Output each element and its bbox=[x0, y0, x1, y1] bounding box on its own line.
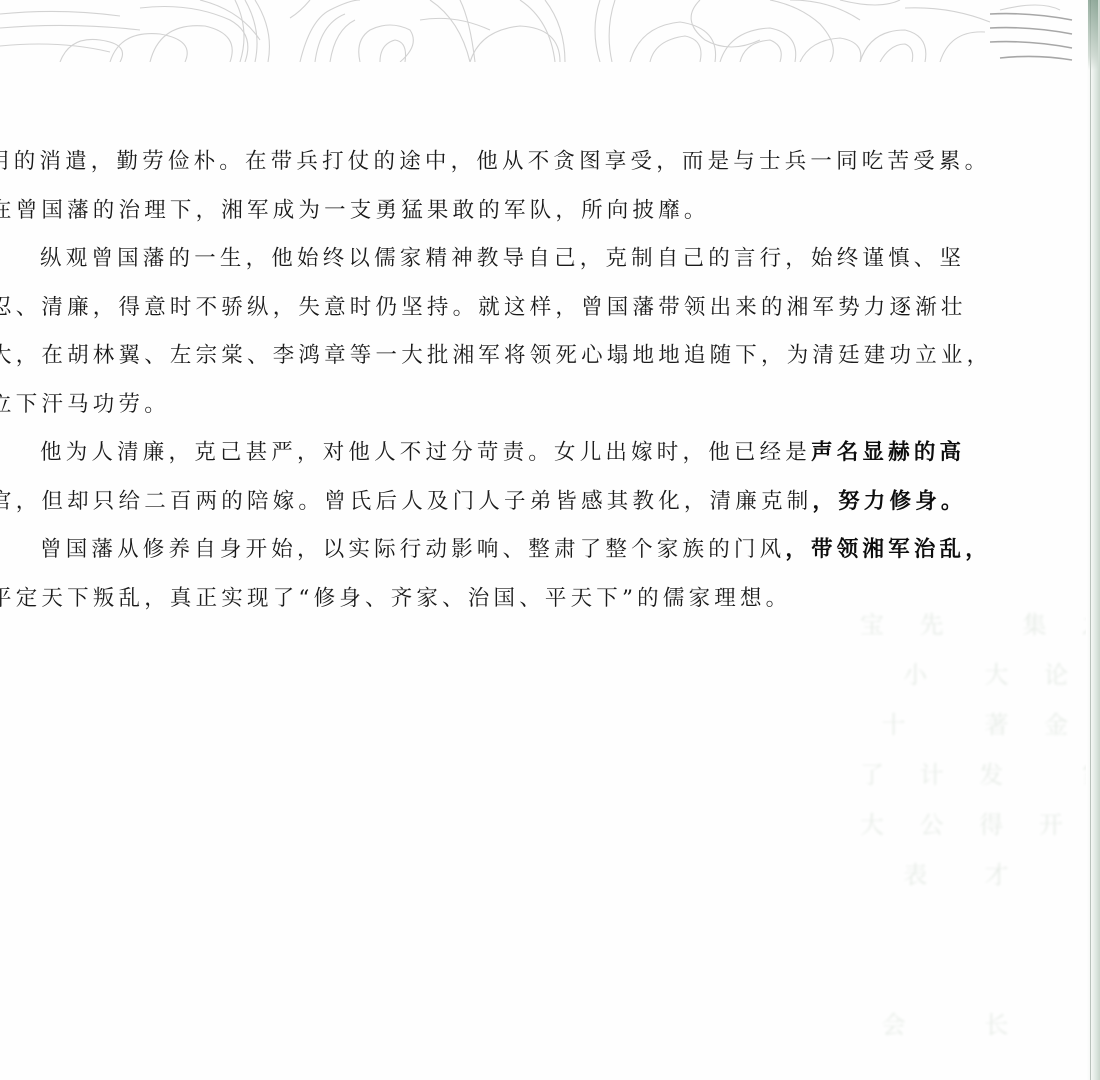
cloud-ornament-icon bbox=[0, 0, 1090, 62]
text-line: 曾国藩从修养自身开始，以实际行动影响、整肃了整个家族的门风，带领湘军治乱， bbox=[0, 526, 1090, 575]
page-edge-shadow bbox=[1086, 0, 1100, 1080]
text-line: 用的消遣，勤劳俭朴。在带兵打仗的途中，他从不贪图享受，而是与士兵一同吃苦受累。 bbox=[0, 138, 1090, 187]
text-line: 纵观曾国藩的一生，他始终以儒家精神教导自己，克制自己的言行，始终谨慎、坚 bbox=[0, 235, 1090, 284]
body-text: 用的消遣，勤劳俭朴。在带兵打仗的途中，他从不贪图享受，而是与士兵一同吃苦受累。 … bbox=[0, 138, 1090, 623]
text-segment: 用的消遣，勤劳俭朴。在带兵打仗的途中，他从不贪图享受，而是与士兵一同吃苦受累。 bbox=[0, 149, 990, 174]
text-segment: 官，但却只给二百两的陪嫁。曾氏后人及门人子弟皆感其教化，清廉克制 bbox=[0, 489, 812, 514]
text-segment: 曾国藩从修养自身开始，以实际行动影响、整肃了整个家族的门风 bbox=[40, 537, 785, 562]
bold-text-segment: ，努力修身。 bbox=[812, 489, 966, 514]
text-segment: 大，在胡林翼、左宗棠、李鸿章等一大批湘军将领死心塌地地追随下，为清廷建功立业， bbox=[0, 343, 992, 368]
text-segment: 忍、清廉，得意时不骄纵，失意时仍坚持。就这样，曾国藩带领出来的湘军势力逐渐壮 bbox=[0, 295, 967, 320]
text-segment: 平定天下叛乱，真正实现了“修身、齐家、治国、平天下”的儒家理想。 bbox=[0, 586, 791, 611]
text-line: 官，但却只给二百两的陪嫁。曾氏后人及门人子弟皆感其教化，清廉克制，努力修身。 bbox=[0, 478, 1090, 527]
text-segment: 立下汗马功劳。 bbox=[0, 392, 170, 417]
bleed-through-texture: 宝 先 集 之 至 小 大 论 长 十 著 金 完 了 计 发 家 康 爱 五 … bbox=[860, 600, 1090, 1080]
text-segment: 他为人清廉，克己甚严，对他人不过分苛责。女儿出嫁时，他已经是 bbox=[40, 440, 811, 465]
text-line: 在曾国藩的治理下，湘军成为一支勇猛果敢的军队，所向披靡。 bbox=[0, 187, 1090, 236]
page-edge-corner bbox=[1088, 0, 1098, 70]
bold-text-segment: 声名显赫的高 bbox=[811, 440, 965, 465]
decorative-cloud-pattern-header bbox=[0, 0, 1090, 62]
book-page: 宝 先 集 之 至 小 大 论 长 十 著 金 完 了 计 发 家 康 爱 五 … bbox=[0, 0, 1100, 1080]
text-line: 忍、清廉，得意时不骄纵，失意时仍坚持。就这样，曾国藩带领出来的湘军势力逐渐壮 bbox=[0, 284, 1090, 333]
text-segment: 在曾国藩的治理下，湘军成为一支勇猛果敢的军队，所向披靡。 bbox=[0, 198, 710, 223]
bold-text-segment: ，带领湘军治乱， bbox=[785, 537, 991, 562]
page-edge-line bbox=[1090, 0, 1091, 1080]
text-line: 平定天下叛乱，真正实现了“修身、齐家、治国、平天下”的儒家理想。 bbox=[0, 575, 1090, 624]
text-line: 他为人清廉，克己甚严，对他人不过分苛责。女儿出嫁时，他已经是声名显赫的高 bbox=[0, 429, 1090, 478]
text-line: 立下汗马功劳。 bbox=[0, 381, 1090, 430]
text-line: 大，在胡林翼、左宗棠、李鸿章等一大批湘军将领死心塌地地追随下，为清廷建功立业， bbox=[0, 332, 1090, 381]
text-segment: 纵观曾国藩的一生，他始终以儒家精神教导自己，克制自己的言行，始终谨慎、坚 bbox=[40, 246, 965, 271]
